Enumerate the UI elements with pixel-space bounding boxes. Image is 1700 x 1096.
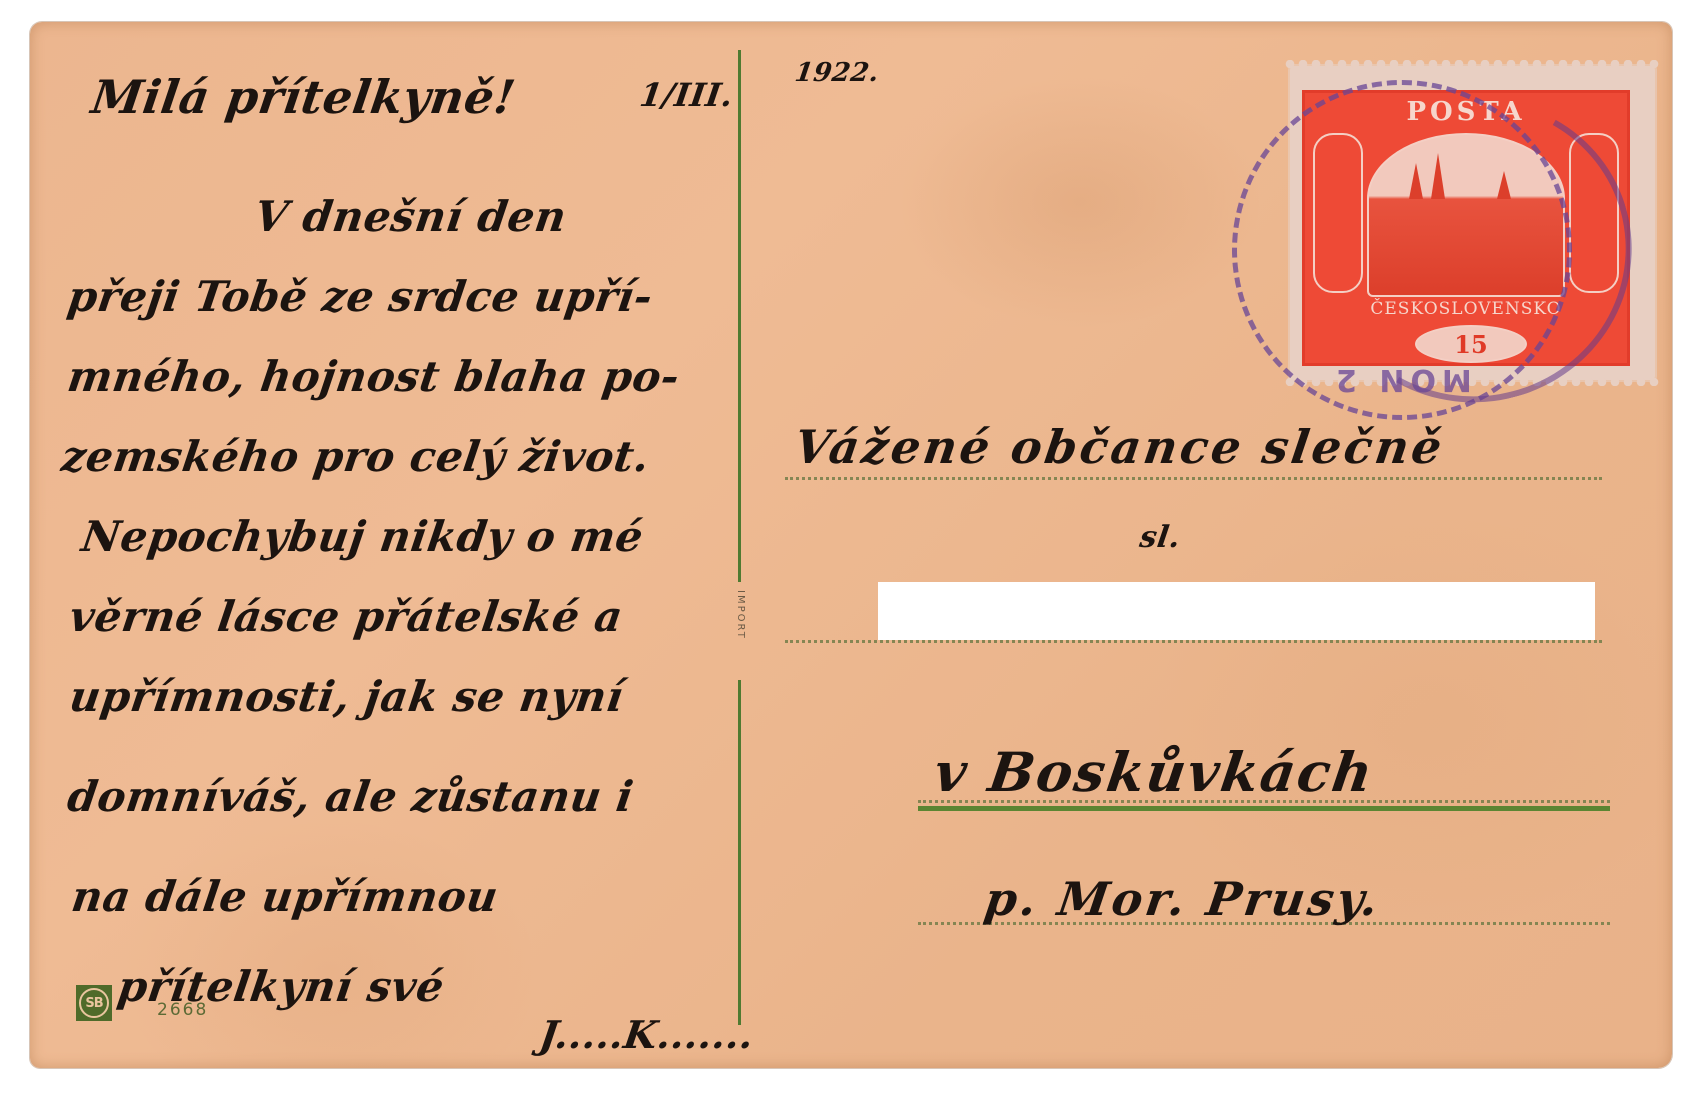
message-line: zemského pro celý život. xyxy=(59,432,653,481)
year: 1922. xyxy=(793,58,881,88)
stamp-ornament-right xyxy=(1569,133,1619,293)
greeting: Milá přítelkyně! xyxy=(88,70,519,124)
stamp-ornament-left xyxy=(1313,133,1363,293)
redaction-box xyxy=(878,582,1595,640)
address-line-2-prefix: sl. xyxy=(1138,520,1183,555)
spire-icon xyxy=(1497,171,1511,199)
divider-line-top xyxy=(738,50,741,582)
publisher-logo-text: SB xyxy=(79,988,109,1018)
address-dotted-line-2 xyxy=(785,640,1602,643)
date-day-month: 1/III. xyxy=(637,76,735,114)
card-number: 2668 xyxy=(157,1000,208,1020)
address-city-rule xyxy=(918,806,1610,811)
address-dotted-line-1 xyxy=(785,477,1602,480)
message-line: mného, hojnost blaha po- xyxy=(65,352,683,401)
message-line: věrné lásce přátelské a xyxy=(67,592,626,641)
message-line: na dále upřímnou xyxy=(69,872,502,921)
address-line-3: v Boskůvkách xyxy=(931,740,1379,804)
stamp-country: ČESKOSLOVENSKO xyxy=(1305,299,1627,319)
stamp-title: POSTA xyxy=(1305,97,1627,127)
signature: J.....K....... xyxy=(537,1012,757,1057)
stamp-design: POSTA ČESKOSLOVENSKO 15 xyxy=(1302,90,1630,366)
divider-line-bottom xyxy=(738,680,741,1025)
postmark-text: MON 2 xyxy=(1330,362,1472,397)
stamp-value: 15 xyxy=(1415,325,1527,363)
message-line: upřímnosti, jak se nyní xyxy=(67,672,627,721)
spire-icon xyxy=(1431,153,1445,199)
castle-illustration xyxy=(1367,133,1565,297)
spire-icon xyxy=(1409,163,1423,199)
message-line: přeji Tobě ze srdce upří- xyxy=(65,272,656,321)
import-label: IMPORT xyxy=(732,590,746,640)
publisher-logo: SB xyxy=(76,985,112,1021)
address-line-1: Vážené občance slečně xyxy=(791,420,1448,474)
message-line: Nepochybuj nikdy o mé xyxy=(79,512,647,561)
message-line: domníváš, ale zůstanu i xyxy=(65,772,637,821)
message-line: V dnešní den xyxy=(252,192,570,241)
address-line-4: p. Mor. Prusy. xyxy=(981,872,1384,926)
